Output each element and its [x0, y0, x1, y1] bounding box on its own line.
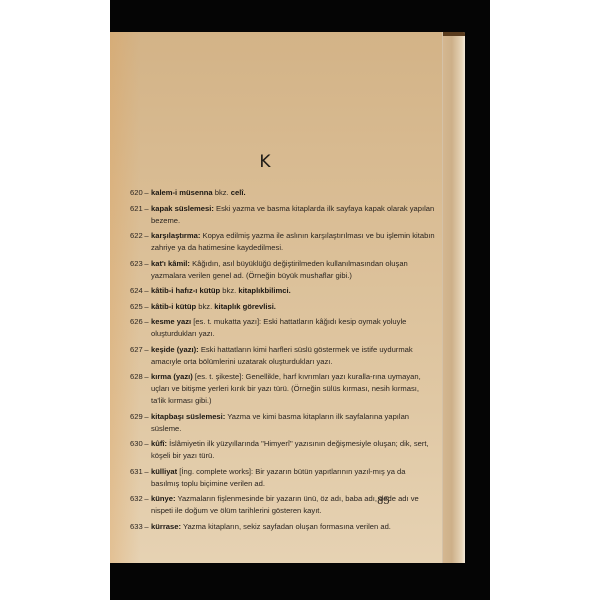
entry-number: 626 [130, 316, 142, 340]
entry-term: kâtib-i hafız-ı kütüp [151, 286, 220, 295]
entry-term: kalem-i müsenna [151, 188, 213, 197]
entry-dash: – [142, 316, 151, 340]
entry-term: keşide (yazı): [151, 345, 199, 354]
entry-reference: kitaplıkbilimci. [238, 286, 290, 295]
entry-dash: – [142, 466, 151, 490]
entry-dash: – [142, 411, 151, 435]
book-page: K 620–kalem-i müsenna bkz. celî.621–kapa… [110, 32, 465, 563]
entry-term: kapak süslemesi: [151, 204, 214, 213]
entry-text: İslâmiyetin ilk yüzyıllarında "Himyerî" … [151, 439, 429, 460]
entry-dash: – [142, 493, 151, 517]
entry-term: kâtib-i kütüp [151, 302, 196, 311]
glossary-entry: 620–kalem-i müsenna bkz. celî. [130, 187, 435, 199]
entry-number: 625 [130, 301, 142, 313]
entry-reference: kitaplık görevlisi. [214, 302, 276, 311]
entry-dash: – [142, 301, 151, 313]
entry-body: kâtib-i kütüp bkz. kitaplık görevlisi. [151, 301, 435, 313]
entry-number: 622 [130, 230, 142, 254]
entry-body: kitapbaşı süslemesi: Yazma ve kimi basma… [151, 411, 435, 435]
entry-text: Yazma kitapların, sekiz sayfadan oluşan … [181, 522, 391, 531]
entry-body: kat'ı kâmil: Kâğıdın, asıl büyüklüğü değ… [151, 258, 435, 282]
glossary-entry: 627–keşide (yazı): Eski hattatların kimi… [130, 344, 435, 368]
entry-dash: – [142, 258, 151, 282]
glossary-entry: 631–külliyat [İng. complete works]: Bir … [130, 466, 435, 490]
entry-number: 633 [130, 521, 142, 533]
entry-number: 628 [130, 371, 142, 407]
entry-body: kürrase: Yazma kitapların, sekiz sayfada… [151, 521, 435, 533]
entry-text: bkz. [196, 302, 214, 311]
entry-body: külliyat [İng. complete works]: Bir yaza… [151, 466, 435, 490]
entry-number: 629 [130, 411, 142, 435]
entry-number: 623 [130, 258, 142, 282]
glossary-entry: 633–kürrase: Yazma kitapların, sekiz say… [130, 521, 435, 533]
section-letter: K [110, 152, 420, 172]
entry-dash: – [142, 187, 151, 199]
entry-number: 632 [130, 493, 142, 517]
entry-text: bkz. [220, 286, 238, 295]
glossary-entry: 626–kesme yazı [es. t. mukatta yazı]: Es… [130, 316, 435, 340]
entry-text: [İng. complete works]: Bir yazarın bütün… [151, 467, 406, 488]
entry-body: karşılaştırma: Kopya edilmiş yazma ile a… [151, 230, 435, 254]
entry-body: keşide (yazı): Eski hattatların kimi har… [151, 344, 435, 368]
entry-term: kitapbaşı süslemesi: [151, 412, 225, 421]
glossary-entry: 630–kûfî: İslâmiyetin ilk yüzyıllarında … [130, 438, 435, 462]
spine-top-edge [443, 32, 465, 36]
entry-term: kat'ı kâmil: [151, 259, 190, 268]
entry-term: karşılaştırma: [151, 231, 200, 240]
entry-term: künye: [151, 494, 175, 503]
entry-number: 627 [130, 344, 142, 368]
entry-term: kırma (yazı) [151, 372, 193, 381]
page-number: 85 [377, 496, 390, 507]
glossary-entry: 625–kâtib-i kütüp bkz. kitaplık görevlis… [130, 301, 435, 313]
glossary-entry: 629–kitapbaşı süslemesi: Yazma ve kimi b… [130, 411, 435, 435]
entry-dash: – [142, 371, 151, 407]
entry-dash: – [142, 230, 151, 254]
entry-number: 630 [130, 438, 142, 462]
glossary-entry: 628–kırma (yazı) [es. t. şikeste]: Genel… [130, 371, 435, 407]
glossary-entry: 624–kâtib-i hafız-ı kütüp bkz. kitaplıkb… [130, 285, 435, 297]
entry-term: külliyat [151, 467, 177, 476]
entry-dash: – [142, 344, 151, 368]
entry-term: kürrase: [151, 522, 181, 531]
entry-body: kalem-i müsenna bkz. celî. [151, 187, 435, 199]
entry-number: 631 [130, 466, 142, 490]
entry-term: kesme yazı [151, 317, 191, 326]
glossary-entry: 623–kat'ı kâmil: Kâğıdın, asıl büyüklüğü… [130, 258, 435, 282]
glossary-entry: 622–karşılaştırma: Kopya edilmiş yazma i… [130, 230, 435, 254]
entry-dash: – [142, 438, 151, 462]
entry-body: kırma (yazı) [es. t. şikeste]: Genellikl… [151, 371, 435, 407]
entry-text: Kâğıdın, asıl büyüklüğü değiştirilmeden … [151, 259, 408, 280]
book-spine [442, 32, 465, 563]
entry-number: 624 [130, 285, 142, 297]
entry-body: künye: Yazmaların fişlenmesinde bir yaza… [151, 493, 435, 517]
entry-number: 620 [130, 187, 142, 199]
entry-body: kapak süslemesi: Eski yazma ve basma kit… [151, 203, 435, 227]
entry-body: kesme yazı [es. t. mukatta yazı]: Eski h… [151, 316, 435, 340]
entry-term: kûfî: [151, 439, 167, 448]
entry-reference: celî. [231, 188, 246, 197]
entry-text: bkz. [213, 188, 231, 197]
glossary-entries: 620–kalem-i müsenna bkz. celî.621–kapak … [130, 187, 435, 536]
glossary-entry: 621–kapak süslemesi: Eski yazma ve basma… [130, 203, 435, 227]
entry-body: kâtib-i hafız-ı kütüp bkz. kitaplıkbilim… [151, 285, 435, 297]
entry-number: 621 [130, 203, 142, 227]
entry-body: kûfî: İslâmiyetin ilk yüzyıllarında "Him… [151, 438, 435, 462]
entry-dash: – [142, 285, 151, 297]
entry-dash: – [142, 203, 151, 227]
entry-dash: – [142, 521, 151, 533]
